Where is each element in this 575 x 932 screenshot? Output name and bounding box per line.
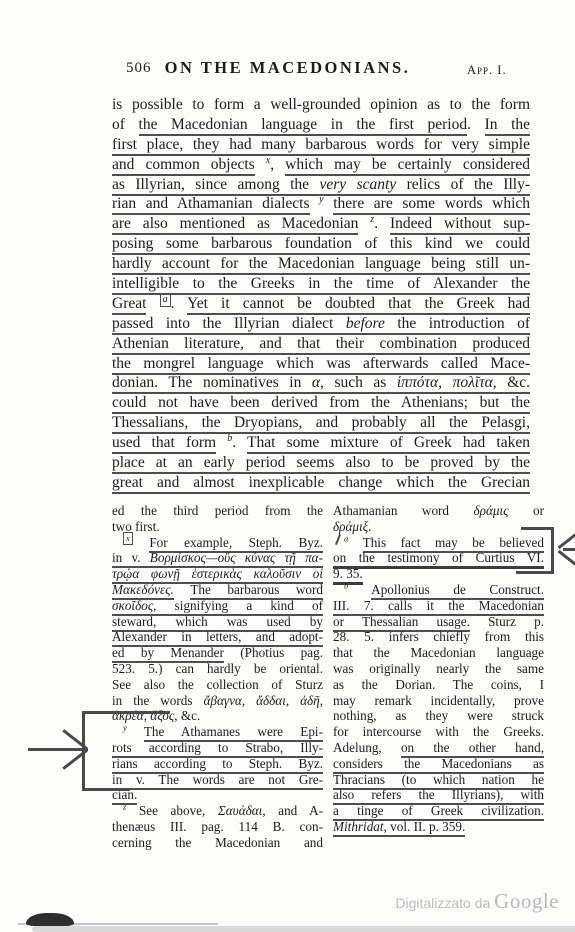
text-line: x For example, Steph. Byz. <box>112 535 323 551</box>
text-line: τρῴα φωνῇ ἑστερικὰς καλοῦσιν οἱ <box>112 566 323 582</box>
text-line: z See above, Σαυάδαι, and A- <box>112 803 323 819</box>
pencil-underlined-text: the introduction of <box>385 315 530 335</box>
text-segment <box>146 295 159 312</box>
text-line: that the Macedonian language <box>333 645 544 661</box>
text-segment: Athamanian word <box>333 503 474 518</box>
text-line: great and almost inexplicable change whi… <box>112 473 530 493</box>
text-line: passed into the Illyrian dialect before … <box>112 314 530 334</box>
text-line: donian. The nominatives in α, such as ἱπ… <box>112 373 530 393</box>
pencil-bracket-bottom-arm <box>516 571 554 574</box>
pencil-underlined-text: Mithridat <box>333 819 384 837</box>
ink-smudge <box>26 913 74 926</box>
text-segment: thenæus III. pag. 114 B. con- <box>112 819 323 834</box>
pencil-underlined-text: in v. The words are not Gre- <box>112 772 323 790</box>
text-segment: δράμις <box>474 503 509 518</box>
pencil-underlined-text: as Illyrian, since among the <box>112 176 320 196</box>
text-line: σκοῖδος, signifying a kind of <box>112 598 323 614</box>
text-segment <box>133 535 150 550</box>
text-line: cian. <box>112 787 323 803</box>
pencil-bracket-top-arm <box>521 527 554 530</box>
pencil-arrowhead-lower <box>558 550 575 567</box>
text-segment: . <box>232 434 247 451</box>
pencil-underlined-text: great and almost inexplicable change whi… <box>112 474 530 494</box>
text-line: Thracians (to which nation he <box>333 772 544 788</box>
text-line: Great a. Yet it cannot be doubted that t… <box>112 294 530 314</box>
pencil-arrowhead-upper <box>558 532 575 549</box>
text-segment: for intercourse with the Greeks. <box>333 724 544 739</box>
text-segment: See above, <box>126 803 218 818</box>
text-line: rian and Athamanian dialects y there are… <box>112 194 530 214</box>
text-line: Athenian literature, and that their comb… <box>112 334 530 354</box>
text-line: for intercourse with the Greeks. <box>333 724 544 740</box>
text-segment: nothing, as they were struck <box>333 708 544 723</box>
pencil-underlined-text: very scanty <box>320 176 397 196</box>
text-segment: Σαυάδαι <box>218 803 262 818</box>
text-line: intelligible to the Greeks in the time o… <box>112 274 530 294</box>
text-segment <box>174 582 191 597</box>
text-segment: , and A- <box>262 803 323 818</box>
text-segment: See also the collection of Sturz <box>112 677 323 692</box>
text-line: a tinge of Greek civilization. <box>333 803 544 819</box>
pencil-underlined-text: relics of the Illy- <box>396 176 530 196</box>
text-segment: in the words <box>112 693 203 708</box>
pencil-underlined-text: before <box>346 315 385 335</box>
pencil-underlined-text: used that form <box>112 434 216 454</box>
text-line: may remark incidentally, prove <box>333 693 544 709</box>
text-segment <box>348 535 362 550</box>
pencil-underlined-text: posing some barbarous foundation of this… <box>112 235 530 255</box>
text-segment: , <box>270 156 285 173</box>
text-line: See also the collection of Sturz <box>112 677 323 693</box>
text-segment: ed the third period from the <box>112 503 323 518</box>
pencil-underlined-text: That some mixture of Greek had taken <box>247 434 530 454</box>
pencil-underlined-text: the Macedonian language in the first per… <box>139 116 468 136</box>
text-line: as the Dorian. The coins, I <box>333 677 544 693</box>
text-segment <box>348 582 371 597</box>
watermark-text: Digitalizzato da <box>395 895 490 911</box>
text-line: the mongrel language which was afterward… <box>112 354 530 374</box>
text-line: Adelung, on the other hand, <box>333 740 544 756</box>
pencil-underlined-text: are also mentioned as Macedonian <box>112 215 358 235</box>
text-line: place at an early period seems also to b… <box>112 453 530 473</box>
pencil-underlined-text: Thessalians, the Dryopians, and probably… <box>112 414 530 434</box>
text-segment: that the Macedonian language <box>333 645 544 660</box>
footnote-marker: y <box>319 194 323 205</box>
text-line: III. 7. calls it the Macedonian <box>333 598 544 614</box>
text-segment: 28. 5. infers chiefly from this <box>333 629 544 644</box>
text-segment: Adelung, <box>333 740 401 755</box>
pencil-underlined-text: Yet it cannot be doubted that the Greek … <box>187 295 530 315</box>
text-line: cerning the Macedonian and <box>112 835 323 851</box>
text-segment: . <box>374 215 390 232</box>
text-line: posing some barbarous foundation of this… <box>112 234 530 254</box>
text-line: rots according to Strabo, Illy- <box>112 740 323 756</box>
pencil-bracket-vertical <box>551 527 554 574</box>
text-segment: of <box>112 116 139 133</box>
pencil-underlined-text: could not have been derived from the Ath… <box>112 394 530 414</box>
pencil-underlined-text: intelligible to the Greeks in the time o… <box>112 275 530 295</box>
text-line: 523. 5.) can hardly be oriental. <box>112 661 323 677</box>
footnote-marker: x <box>123 532 133 545</box>
pencil-underlined-text: ἱππότα, πολῖτα <box>397 374 493 394</box>
footnote-left-column: ed the third period from thetwo first.x … <box>112 503 323 851</box>
text-line: could not have been derived from the Ath… <box>112 393 530 413</box>
text-line: and common objects x, which may be certa… <box>112 155 530 175</box>
text-line: δράμιξ. <box>333 519 544 535</box>
text-segment: 523. 5.) can hardly be oriental. <box>112 661 323 676</box>
text-segment: or <box>509 503 544 518</box>
text-line: Athamanian word δράμις or <box>333 503 544 519</box>
text-line: first place, they had many barbarous wor… <box>112 135 530 155</box>
text-segment: is possible to form a well-grounded opin… <box>112 96 530 113</box>
pencil-arrow-shaft <box>563 548 575 551</box>
text-line: also refers the Illyrians), with <box>333 787 544 803</box>
text-line: was originally nearly the same <box>333 661 544 677</box>
text-segment: as the Dorian. The coins, I <box>333 677 544 692</box>
text-line: in v. Βορμίσκος—οὓς κύνας τῇ πα- <box>112 550 323 566</box>
text-segment: Sturz p. <box>470 614 544 629</box>
pencil-underlined-text: place at an early period seems also to b… <box>112 454 530 474</box>
text-segment: cerning the Macedonian and <box>112 835 323 850</box>
text-line: rians according to Steph. Byz. <box>112 756 323 772</box>
text-line: in v. The words are not Gre- <box>112 772 323 788</box>
text-segment: two first. <box>112 519 160 534</box>
pencil-underlined-text: Indeed without sup- <box>390 215 530 235</box>
pencil-underlined-text: Great <box>112 295 146 315</box>
pencil-bracket-bottom-arm <box>82 788 130 791</box>
text-line: b Apollonius de Construct. <box>333 582 544 598</box>
text-line: Alexander in letters, and adopt- <box>112 629 323 645</box>
text-segment: . <box>171 295 187 312</box>
text-segment: (Photius pag. <box>224 645 323 660</box>
footnote-right-column: Athamanian word δράμις orδράμιξ.a This f… <box>333 503 544 835</box>
text-segment: ἄβαγνα, ἄδδαι, ἀδῆ, <box>203 693 323 708</box>
pencil-underlined-text: hardly account for the Macedonian langua… <box>112 255 530 275</box>
pencil-underlined-text: , such as <box>320 374 397 394</box>
text-line: nothing, as they were struck <box>333 708 544 724</box>
text-segment <box>255 156 266 173</box>
footnote-marker: a <box>160 293 171 307</box>
pencil-underlined-text: which may be certainly considered <box>285 156 530 176</box>
text-line: a This fact may be believed <box>333 535 544 551</box>
scanned-book-page: 506 ON THE MACEDONIANS. App. I. is possi… <box>0 0 575 932</box>
text-line: in the words ἄβαγνα, ἄδδαι, ἀδῆ, <box>112 693 323 709</box>
pencil-underlined-text: first place, they had many barbarous wor… <box>112 136 530 156</box>
pencil-bracket-top-arm <box>82 711 170 714</box>
pencil-underlined-text: α <box>312 374 320 394</box>
pencil-underlined-text: In the <box>485 116 530 136</box>
text-line: on the testimony of Curtius VI. <box>333 550 544 566</box>
page-edge-shadow <box>32 926 575 932</box>
text-line: Mithridat, vol. II. p. 359. <box>333 819 544 835</box>
text-line: ed by Menander (Photius pag. <box>112 645 323 661</box>
text-line: Thessalians, the Dryopians, and probably… <box>112 413 530 433</box>
text-line: y The Athamanes were Epi- <box>112 724 323 740</box>
text-line: considers the Macedonians as <box>333 756 544 772</box>
text-segment <box>358 215 370 232</box>
text-segment <box>310 195 320 212</box>
text-line: are also mentioned as Macedonian z. Inde… <box>112 214 530 234</box>
text-line: two first. <box>112 519 323 535</box>
text-line: hardly account for the Macedonian langua… <box>112 254 530 274</box>
pencil-underlined-text: there are some words which <box>333 195 530 215</box>
pencil-underlined-text: rian and Athamanian dialects <box>112 195 310 215</box>
text-segment: may remark incidentally, prove <box>333 693 544 708</box>
text-line: thenæus III. pag. 114 B. con- <box>112 819 323 835</box>
pencil-arrow-shaft <box>28 748 88 751</box>
pencil-underlined-text: on the testimony of Curtius VI. <box>333 550 544 569</box>
text-line: used that form b. That some mixture of G… <box>112 433 530 453</box>
text-segment: δράμιξ. <box>333 519 372 534</box>
text-line: as Illyrian, since among the very scanty… <box>112 175 530 195</box>
text-segment <box>216 434 227 451</box>
text-segment <box>127 724 144 739</box>
text-segment: . <box>467 116 484 133</box>
pencil-underlined-text: , &c. <box>493 374 530 394</box>
pencil-underlined-text: passed into the Illyrian dialect <box>112 315 346 335</box>
pencil-underlined-text: donian. The nominatives in <box>112 374 312 394</box>
text-line: 28. 5. infers chiefly from this <box>333 629 544 645</box>
text-line: steward, which was used by <box>112 614 323 630</box>
pencil-underlined-text: , vol. II. p. 359. <box>384 819 466 837</box>
text-line: ed the third period from the <box>112 503 323 519</box>
pencil-underlined-text: and common objects <box>112 156 255 176</box>
pencil-underlined-text: the mongrel language which was afterward… <box>112 355 530 375</box>
text-segment <box>324 195 334 212</box>
text-line: or Thessalian usage. Sturz p. <box>333 614 544 630</box>
text-segment: was originally nearly the same <box>333 661 544 676</box>
text-line: is possible to form a well-grounded opin… <box>112 95 530 115</box>
watermark: Digitalizzato da Google <box>395 889 559 914</box>
text-line: Μακεδόνες. The barbarous word <box>112 582 323 598</box>
appendix-label: App. I. <box>467 63 507 78</box>
pencil-underlined-text: Athenian literature, and that their comb… <box>112 335 530 355</box>
main-text-block: is possible to form a well-grounded opin… <box>112 95 530 493</box>
text-segment: , &c. <box>174 708 200 723</box>
google-logo: Google <box>494 889 559 913</box>
text-line: of the Macedonian language in the first … <box>112 115 530 135</box>
